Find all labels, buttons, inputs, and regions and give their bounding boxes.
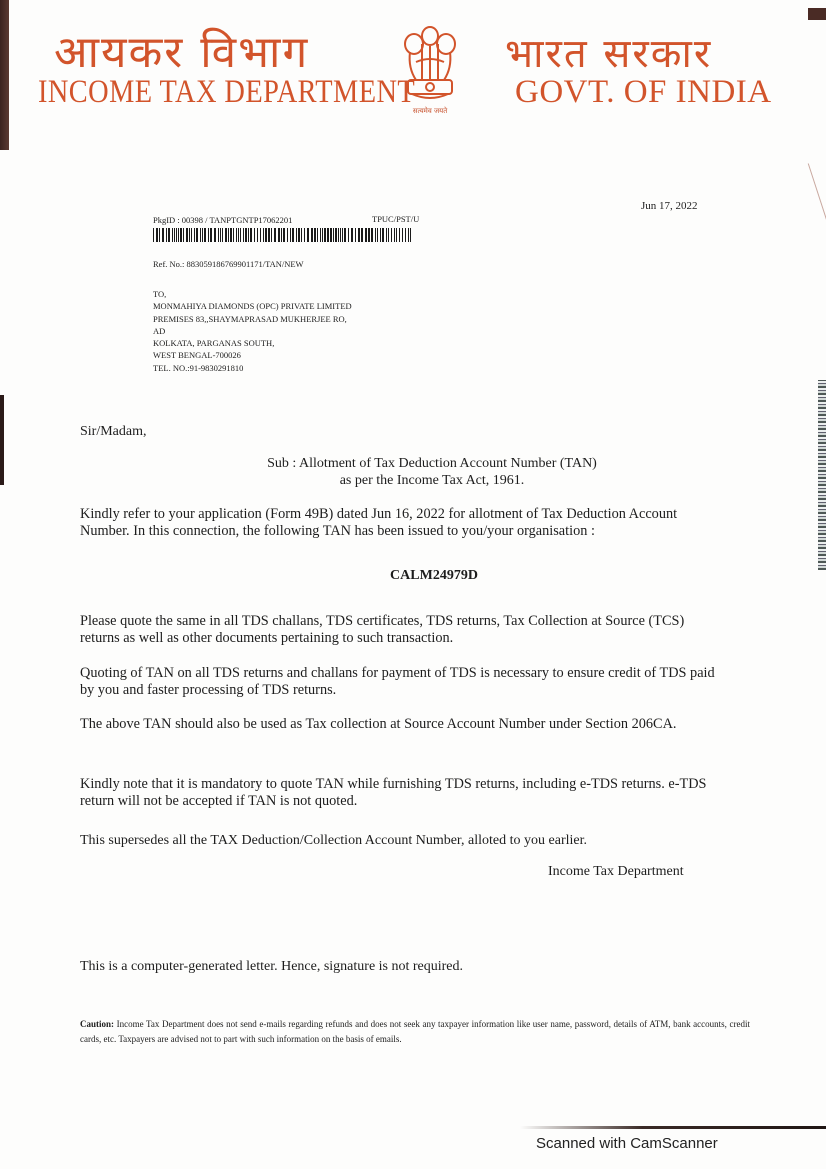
address-line: KOLKATA, PARGANAS SOUTH, <box>153 337 352 349</box>
govt-name-english: GOVT. OF INDIA <box>515 74 772 111</box>
address-line: TEL. NO.:91-9830291810 <box>153 362 352 374</box>
scan-edge-shadow <box>520 1126 826 1129</box>
reference-number: Ref. No.: 883059186769901171/TAN/NEW <box>153 259 304 269</box>
computer-generated-note: This is a computer-generated letter. Hen… <box>80 959 463 975</box>
govt-name-hindi: भारत सरकार <box>505 24 712 79</box>
tan-number: CALM24979D <box>0 568 826 584</box>
address-line: PREMISES 83,,SHAYMAPRASAD MUKHERJEE RO, <box>153 313 352 325</box>
address-line: MONMAHIYA DIAMONDS (OPC) PRIVATE LIMITED <box>153 300 352 312</box>
paragraph-application: Kindly refer to your application (Form 4… <box>80 506 720 540</box>
letter-date: Jun 17, 2022 <box>641 200 698 212</box>
package-id: PkgID : 00398 / TANPTGNTP17062201 <box>153 215 292 225</box>
package-code: TPUC/PST/U <box>372 214 419 224</box>
recipient-address: TO, MONMAHIYA DIAMONDS (OPC) PRIVATE LIM… <box>153 288 352 374</box>
barcode-icon <box>153 228 415 242</box>
subject-line: as per the Income Tax Act, 1961. <box>38 472 826 489</box>
caution-label: Caution: <box>80 1019 114 1029</box>
paragraph-supersedes: This supersedes all the TAX Deduction/Co… <box>80 832 720 849</box>
address-line: AD <box>153 325 352 337</box>
paragraph-mandatory: Kindly note that it is mandatory to quot… <box>80 776 720 810</box>
paper-fold-mark <box>808 163 826 220</box>
paragraph-quoting: Quoting of TAN on all TDS returns and ch… <box>80 665 720 699</box>
national-emblem-icon <box>398 22 462 118</box>
scan-edge-shadow <box>808 8 826 20</box>
caution-text: Income Tax Department does not send e-ma… <box>80 1019 750 1044</box>
dept-name-hindi: आयकर विभाग <box>54 20 309 80</box>
emblem-motto: सत्यमेव जयते <box>398 107 462 116</box>
caution-note: Caution: Income Tax Department does not … <box>80 1017 750 1047</box>
signoff: Income Tax Department <box>548 864 684 880</box>
salutation: Sir/Madam, <box>80 424 147 440</box>
subject: Sub : Allotment of Tax Deduction Account… <box>0 455 826 489</box>
paragraph-quote-tan: Please quote the same in all TDS challan… <box>80 613 720 647</box>
address-line: WEST BENGAL-700026 <box>153 349 352 361</box>
paragraph-tcs: The above TAN should also be used as Tax… <box>80 716 720 733</box>
subject-line: Sub : Allotment of Tax Deduction Account… <box>38 455 826 472</box>
scan-edge-shadow <box>0 0 9 150</box>
address-line: TO, <box>153 288 352 300</box>
camscanner-watermark: Scanned with CamScanner <box>536 1135 718 1152</box>
dept-name-english: INCOME TAX DEPARTMENT <box>38 74 415 111</box>
